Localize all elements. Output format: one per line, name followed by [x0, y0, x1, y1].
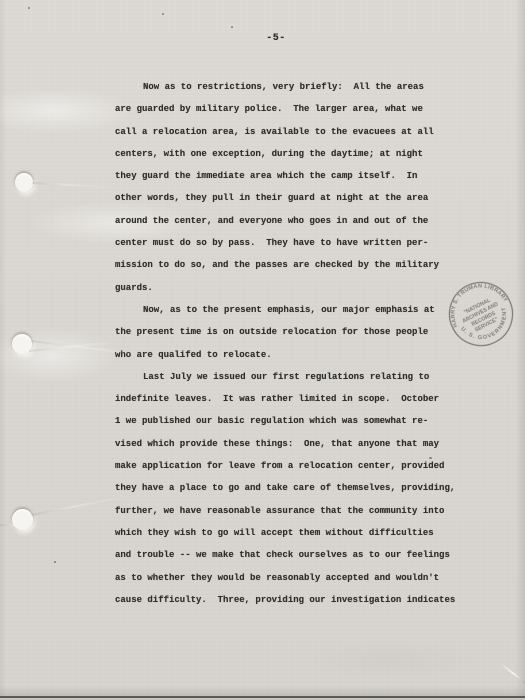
text-line: Last July we issued our first regulation… — [115, 366, 455, 388]
page-left-edge-shadow — [0, 0, 6, 700]
text-line: further, we have reasonable assurance th… — [115, 500, 455, 522]
text-line: they guard the immediate area which the … — [115, 165, 455, 187]
text-line: make application for leave from a reloca… — [115, 455, 455, 477]
text-line: and trouble -- we make that check oursel… — [115, 544, 455, 566]
document-body: Now as to restrictions, very briefly: Al… — [115, 76, 455, 611]
document-page: -5- Now as to restrictions, very briefly… — [0, 0, 525, 700]
text-line: call a relocation area, is available to … — [115, 121, 455, 143]
text-line: 1 we published our basic regulation whic… — [115, 410, 455, 432]
paper-speck — [54, 561, 56, 563]
corner-fold-crease — [499, 662, 525, 685]
text-line: centers, with one exception, during the … — [115, 143, 455, 165]
punch-hole — [12, 509, 33, 530]
text-line: the present time is on outside relocatio… — [115, 321, 455, 343]
paper-speck — [231, 26, 233, 28]
text-line: they have a place to go and take care of… — [115, 477, 455, 499]
page-bottom-shadow — [0, 686, 525, 696]
text-line: as to whether they would be reasonably a… — [115, 567, 455, 589]
paper-speck — [429, 457, 432, 459]
text-line: mission to do so, and the passes are che… — [115, 254, 455, 276]
punch-hole — [12, 334, 32, 354]
paper-crease — [29, 340, 124, 351]
page-number: -5- — [266, 33, 286, 44]
paper-crease — [32, 182, 117, 188]
paper-dark-patch — [300, 640, 480, 680]
page-right-edge-shadow — [515, 0, 525, 700]
text-line: vised which provide these things: One, t… — [115, 433, 455, 455]
text-line: center must do so by pass. They have to … — [115, 232, 455, 254]
text-line: indefinite leaves. It was rather limited… — [115, 388, 455, 410]
text-line: which they wish to go will accept them w… — [115, 522, 455, 544]
paper-speck — [162, 13, 164, 15]
text-line: cause difficulty. Three, providing our i… — [115, 589, 455, 611]
text-line: are guarded by military police. The larg… — [115, 98, 455, 120]
text-line: around the center, and everyone who goes… — [115, 210, 455, 232]
text-line: Now as to restrictions, very briefly: Al… — [115, 76, 455, 98]
text-line: who are qualifed to relocate. — [115, 344, 455, 366]
text-line: Now, as to the present emphasis, our maj… — [115, 299, 455, 321]
paper-speck — [28, 7, 30, 9]
punch-hole — [15, 173, 33, 192]
text-line: guards. — [115, 277, 455, 299]
text-line: other words, they pull in their guard at… — [115, 187, 455, 209]
